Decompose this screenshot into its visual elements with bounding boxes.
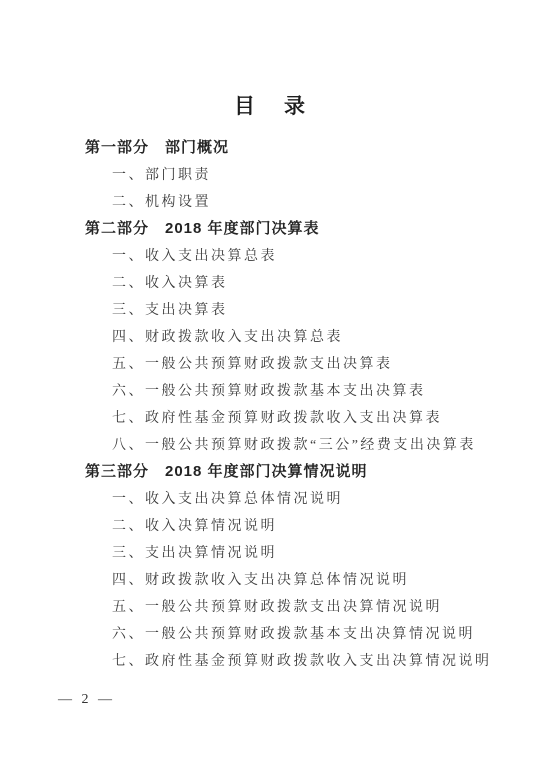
toc-item: 三、支出决算情况说明 — [85, 538, 513, 565]
page-title: 目 录 — [0, 90, 543, 120]
toc-item: 六、一般公共预算财政拨款基本支出决算表 — [85, 376, 513, 403]
toc-item: 六、一般公共预算财政拨款基本支出决算情况说明 — [85, 619, 513, 646]
toc-item: 一、收入支出决算总体情况说明 — [85, 484, 513, 511]
toc-item: 五、一般公共预算财政拨款支出决算情况说明 — [85, 592, 513, 619]
section-3-heading: 第三部分 2018 年度部门决算情况说明 — [85, 457, 513, 484]
page-number: — 2 — — [58, 692, 115, 708]
toc-item: 八、一般公共预算财政拨款“三公”经费支出决算表 — [85, 430, 513, 457]
toc-item: 二、收入决算情况说明 — [85, 511, 513, 538]
toc-item: 四、财政拨款收入支出决算总体情况说明 — [85, 565, 513, 592]
toc-item: 二、机构设置 — [85, 187, 513, 214]
table-of-contents: 第一部分 部门概况 一、部门职责 二、机构设置 第二部分 2018 年度部门决算… — [85, 133, 513, 673]
document-page: 目 录 第一部分 部门概况 一、部门职责 二、机构设置 第二部分 2018 年度… — [0, 0, 543, 768]
toc-item: 二、收入决算表 — [85, 268, 513, 295]
toc-item: 三、支出决算表 — [85, 295, 513, 322]
toc-item: 五、一般公共预算财政拨款支出决算表 — [85, 349, 513, 376]
toc-item: 七、政府性基金预算财政拨款收入支出决算情况说明 — [85, 646, 513, 673]
toc-item: 四、财政拨款收入支出决算总表 — [85, 322, 513, 349]
toc-item: 一、部门职责 — [85, 160, 513, 187]
section-2-heading: 第二部分 2018 年度部门决算表 — [85, 214, 513, 241]
section-1-heading: 第一部分 部门概况 — [85, 133, 513, 160]
toc-item: 一、收入支出决算总表 — [85, 241, 513, 268]
toc-item: 七、政府性基金预算财政拨款收入支出决算表 — [85, 403, 513, 430]
